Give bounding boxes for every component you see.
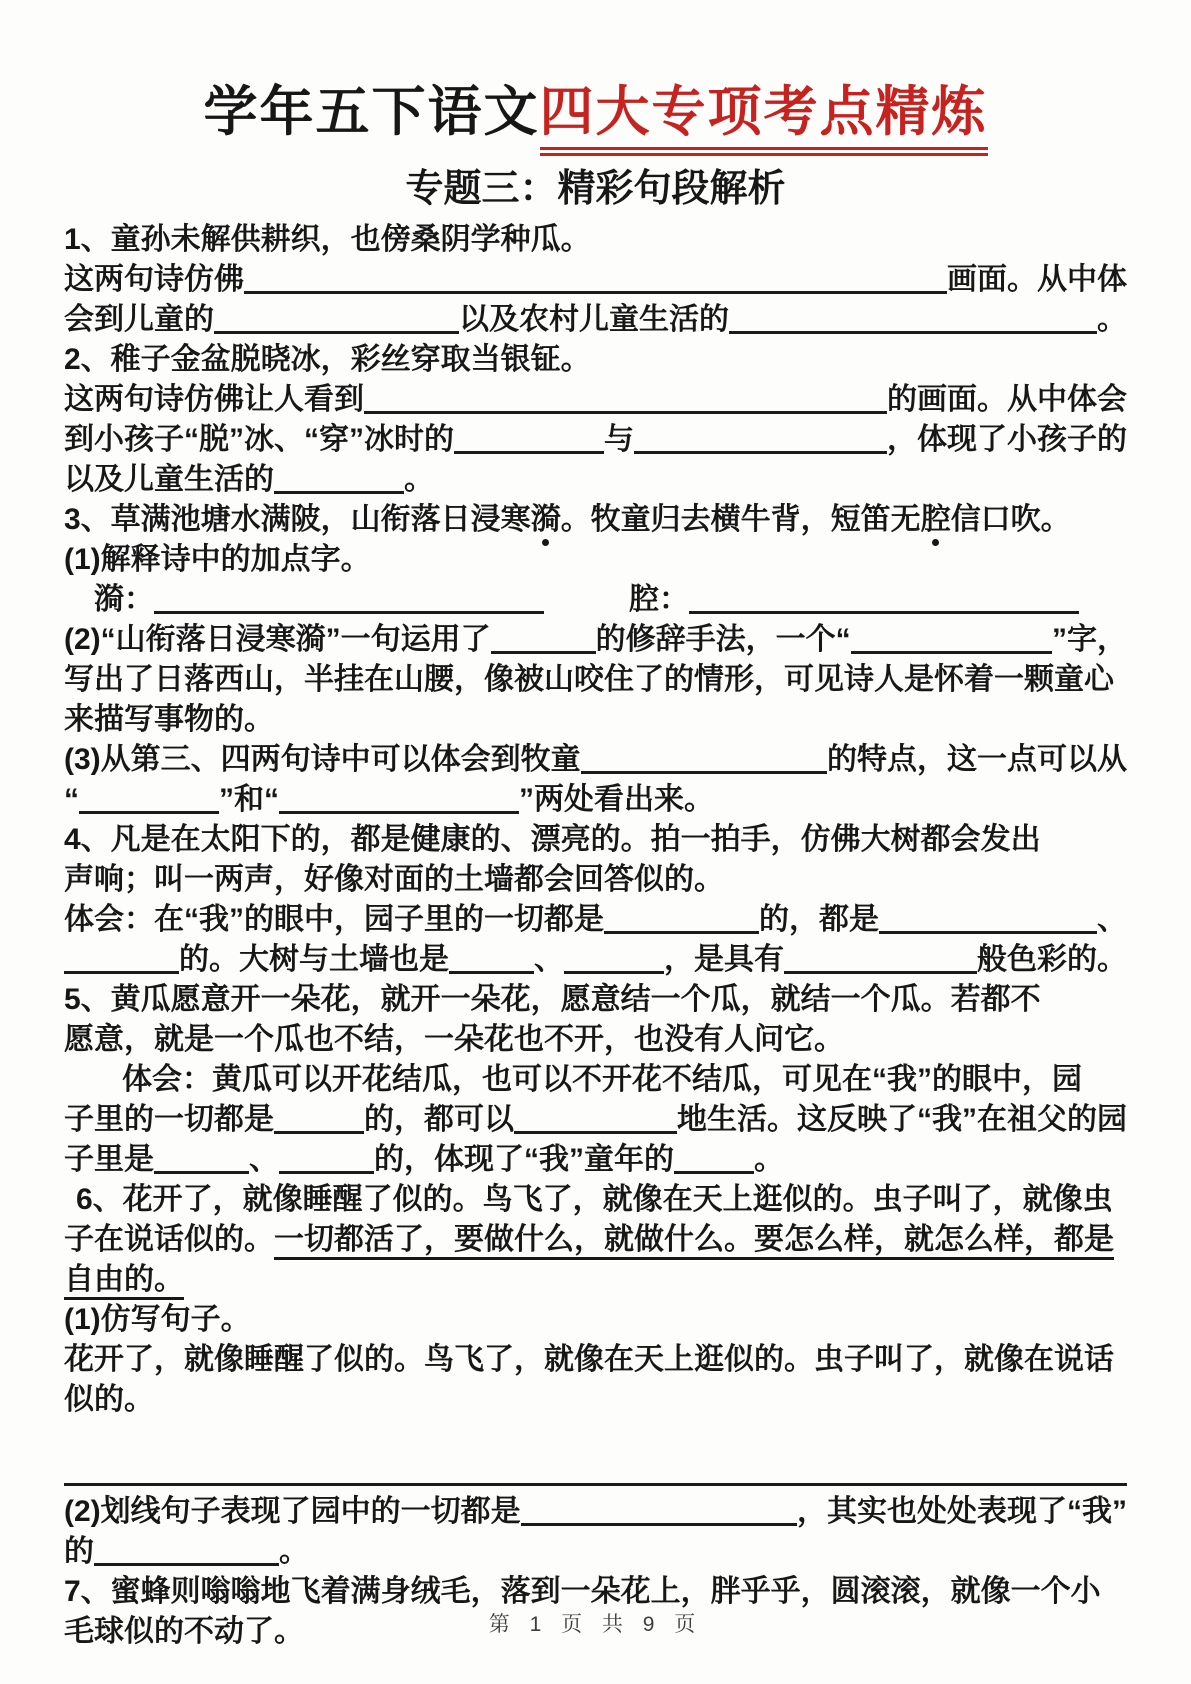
document-body: 1、童孙未解供耕织，也傍桑阴学种瓜。这两句诗仿佛画面。从中体会到儿童的以及农村儿… xyxy=(64,220,1127,1652)
text-run: 地生活。这反映了“我”在祖父的园 xyxy=(677,1100,1127,1140)
text-line: 子在说话似的。一切都活了，要做什么，就做什么。要怎么样，就怎么样，都是 xyxy=(64,1220,1127,1260)
text-run: 漪： xyxy=(94,580,154,620)
text-run: 会到儿童的 xyxy=(64,300,214,340)
text-line: 7、蜜蜂则嗡嗡地飞着满身绒毛，落到一朵花上，胖乎乎，圆滚滚，就像一个小 xyxy=(64,1572,1127,1612)
fill-in-blank-line xyxy=(604,931,759,934)
fill-in-blank-line xyxy=(521,1523,797,1526)
text-line: 子里是、的，体现了“我”童年的。 xyxy=(64,1140,1127,1180)
text-run: 的，都是 xyxy=(759,900,879,940)
text-line: 体会：黄瓜可以开花结瓜，也可以不开花不结瓜，可见在“我”的眼中，园 xyxy=(64,1060,1127,1100)
fill-in-blank-line xyxy=(564,971,664,974)
text-run: 6、花开了，就像睡醒了似的。鸟飞了，就像在天上逛似的。虫子叫了，就像虫 xyxy=(76,1180,1113,1220)
text-run: 这两句诗仿佛让人看到 xyxy=(64,380,364,420)
fill-in-blank-line xyxy=(784,971,977,974)
text-run: “ xyxy=(64,780,79,820)
text-run: 声响；叫一两声，好像对面的土墙都会回答似的。 xyxy=(64,860,724,900)
text-line: 体会：在“我”的眼中，园子里的一切都是的，都是、 xyxy=(64,900,1127,940)
text-line: 子里的一切都是的，都可以地生活。这反映了“我”在祖父的园 xyxy=(64,1100,1127,1140)
text-run: 的修辞手法，一个“ xyxy=(596,620,851,660)
text-run: 以及农村儿童生活的 xyxy=(459,300,729,340)
text-run: (1)仿写句子。 xyxy=(64,1300,251,1340)
text-run: 。 xyxy=(1097,300,1127,340)
text-run: 花开了，就像睡醒了似的。鸟飞了，就像在天上逛似的。虫子叫了，就像在说话 xyxy=(64,1340,1114,1380)
fill-in-blank-line xyxy=(674,1171,754,1174)
fill-in-blank-line xyxy=(581,771,827,774)
text-run: 子在说话似的。 xyxy=(64,1220,274,1260)
text-run: 。 xyxy=(279,1532,309,1572)
text-line: (3)从第三、四两句诗中可以体会到牧童的特点，这一点可以从 xyxy=(64,740,1127,780)
fill-in-blank-line xyxy=(244,291,947,294)
text-run: 似的。 xyxy=(64,1380,154,1420)
text-line: (1)解释诗中的加点字。 xyxy=(64,540,1127,580)
text-line: 这两句诗仿佛画面。从中体 xyxy=(64,260,1127,300)
text-line: 声响；叫一两声，好像对面的土墙都会回答似的。 xyxy=(64,860,1127,900)
underlined-text: 一切都活了，要做什么，就做什么。要怎么样，就怎么样，都是 xyxy=(274,1220,1114,1260)
text-line: 愿意，就是一个瓜也不结，一朵花也不开，也没有人问它。 xyxy=(64,1020,1127,1060)
text-run: 。 xyxy=(404,460,434,500)
fill-in-blank-line xyxy=(449,971,534,974)
fill-in-blank-line xyxy=(274,491,404,494)
text-run: 的画面。从中体会 xyxy=(887,380,1127,420)
text-run: 这两句诗仿佛 xyxy=(64,260,244,300)
text-run: (3)从第三、四两句诗中可以体会到牧童 xyxy=(64,740,581,780)
fill-in-blank-line xyxy=(154,611,544,614)
fill-in-blank-line xyxy=(274,1131,364,1134)
text-run: 、 xyxy=(249,1140,279,1180)
text-run: ，其实也处处表现了“我” xyxy=(797,1492,1127,1532)
fill-in-blank-line xyxy=(514,1131,677,1134)
section-subtitle: 专题三：精彩句段解析 xyxy=(64,166,1127,212)
text-run: 腔： xyxy=(629,580,689,620)
text-run: 子里是 xyxy=(64,1140,154,1180)
fill-in-blank-line xyxy=(364,411,887,414)
text-line: 的。大树与土墙也是、，是具有般色彩的。 xyxy=(64,940,1127,980)
text-line: 来描写事物的。 xyxy=(64,700,1127,740)
fill-in-blank-line xyxy=(279,1171,374,1174)
fill-in-blank-line xyxy=(64,971,179,974)
text-run: ”字， xyxy=(1052,620,1127,660)
text-line xyxy=(64,1466,1127,1492)
fill-in-blank-line xyxy=(79,811,219,814)
text-run: 3、草满池塘水满陂，山衔落日浸寒 xyxy=(64,500,531,540)
fill-in-blank-line xyxy=(729,331,1097,334)
page-title-black: 学年五下语文 xyxy=(204,82,540,142)
page-content: 学年五下语文四大专项考点精炼 专题三：精彩句段解析 1、童孙未解供耕织，也傍桑阴… xyxy=(0,80,1191,1652)
fill-in-blank-line xyxy=(279,811,519,814)
text-run: ”两处看出来。 xyxy=(519,780,714,820)
text-run: 、 xyxy=(1097,900,1127,940)
page-title-red: 四大专项考点精炼 xyxy=(540,80,988,156)
text-run: 以及儿童生活的 xyxy=(64,460,274,500)
text-run: 体会：在“我”的眼中，园子里的一切都是 xyxy=(64,900,604,940)
underlined-text: 自由的。 xyxy=(64,1260,184,1300)
text-run: 、 xyxy=(534,940,564,980)
text-run: 1、童孙未解供耕织，也傍桑阴学种瓜。 xyxy=(64,220,591,260)
text-run: 的，体现了“我”童年的 xyxy=(374,1140,674,1180)
text-line: 以及儿童生活的。 xyxy=(64,460,1127,500)
text-run: 到小孩子“脱”冰、“穿”冰时的 xyxy=(64,420,454,460)
fill-in-blank-line xyxy=(634,451,887,454)
text-line: 5、黄瓜愿意开一朵花，就开一朵花，愿意结一个瓜，就结一个瓜。若都不 xyxy=(64,980,1127,1020)
text-line: 写出了日落西山，半挂在山腰，像被山咬住了的情形，可见诗人是怀着一颗童心 xyxy=(64,660,1127,700)
text-run: 画面。从中体 xyxy=(947,260,1127,300)
text-run: 子里的一切都是 xyxy=(64,1100,274,1140)
text-run: ，体现了小孩子的 xyxy=(887,420,1127,460)
page-title: 学年五下语文四大专项考点精炼 xyxy=(64,80,1127,156)
text-run: 的特点，这一点可以从 xyxy=(827,740,1127,780)
text-line: 自由的。 xyxy=(64,1260,1127,1300)
fill-in-blank-line xyxy=(879,931,1097,934)
text-line: 到小孩子“脱”冰、“穿”冰时的与，体现了小孩子的 xyxy=(64,420,1127,460)
worksheet-page: 学年五下语文四大专项考点精炼 专题三：精彩句段解析 1、童孙未解供耕织，也傍桑阴… xyxy=(0,0,1191,1684)
blank-vertical-space xyxy=(64,1420,1127,1466)
text-line: 花开了，就像睡醒了似的。鸟飞了，就像在天上逛似的。虫子叫了，就像在说话 xyxy=(64,1340,1127,1380)
text-line: 6、花开了，就像睡醒了似的。鸟飞了，就像在天上逛似的。虫子叫了，就像虫 xyxy=(64,1180,1127,1220)
fill-in-blank-line xyxy=(454,451,604,454)
text-line: 4、凡是在太阳下的，都是健康的、漂亮的。拍一拍手，仿佛大树都会发出 xyxy=(64,820,1127,860)
text-run: 与 xyxy=(604,420,634,460)
text-run: 般色彩的。 xyxy=(977,940,1127,980)
text-run: 来描写事物的。 xyxy=(64,700,274,740)
fill-in-blank-line xyxy=(851,651,1052,654)
text-run: 。 xyxy=(754,1140,784,1180)
fill-in-blank-line xyxy=(689,611,1079,614)
text-run: 4、凡是在太阳下的，都是健康的、漂亮的。拍一拍手，仿佛大树都会发出 xyxy=(64,820,1041,860)
emphasis-dot-char: 漪 xyxy=(531,500,561,540)
text-run: 的 xyxy=(64,1532,94,1572)
text-run: (2)“山衔落日浸寒漪”一句运用了 xyxy=(64,620,491,660)
text-line: 漪：腔： xyxy=(64,580,1127,620)
text-run: (1)解释诗中的加点字。 xyxy=(64,540,371,580)
text-line: 的。 xyxy=(64,1532,1127,1572)
text-run: 体会：黄瓜可以开花结瓜，也可以不开花不结瓜，可见在“我”的眼中，园 xyxy=(122,1060,1082,1100)
text-line: 这两句诗仿佛让人看到的画面。从中体会 xyxy=(64,380,1127,420)
text-line: 似的。 xyxy=(64,1380,1127,1420)
emphasis-dot-char: 腔 xyxy=(921,500,951,540)
text-line: “”和“”两处看出来。 xyxy=(64,780,1127,820)
fill-in-blank-line xyxy=(94,1563,279,1566)
text-run: 的，都可以 xyxy=(364,1100,514,1140)
text-run: 信口吹。 xyxy=(951,500,1071,540)
fill-in-blank-line xyxy=(491,651,596,654)
text-run: ”和“ xyxy=(219,780,279,820)
text-line: 会到儿童的以及农村儿童生活的。 xyxy=(64,300,1127,340)
text-run: 的。大树与土墙也是 xyxy=(179,940,449,980)
fill-in-blank-line xyxy=(64,1483,1127,1486)
text-line: 3、草满池塘水满陂，山衔落日浸寒漪。牧童归去横牛背，短笛无腔信口吹。 xyxy=(64,500,1127,540)
text-line: (1)仿写句子。 xyxy=(64,1300,1127,1340)
text-run: 2、稚子金盆脱晓冰，彩丝穿取当银钲。 xyxy=(64,340,591,380)
page-number-footer: 第 1 页 共 9 页 xyxy=(0,1608,1191,1638)
text-line: (2)划线句子表现了园中的一切都是，其实也处处表现了“我” xyxy=(64,1492,1127,1532)
text-run: (2)划线句子表现了园中的一切都是 xyxy=(64,1492,521,1532)
text-run: 5、黄瓜愿意开一朵花，就开一朵花，愿意结一个瓜，就结一个瓜。若都不 xyxy=(64,980,1041,1020)
text-run: 愿意，就是一个瓜也不结，一朵花也不开，也没有人问它。 xyxy=(64,1020,844,1060)
text-run: ，是具有 xyxy=(664,940,784,980)
text-run: 。牧童归去横牛背，短笛无 xyxy=(561,500,921,540)
text-run: 写出了日落西山，半挂在山腰，像被山咬住了的情形，可见诗人是怀着一颗童心 xyxy=(64,660,1114,700)
text-run: 7、蜜蜂则嗡嗡地飞着满身绒毛，落到一朵花上，胖乎乎，圆滚滚，就像一个小 xyxy=(64,1572,1101,1612)
fill-in-blank-line xyxy=(214,331,459,334)
text-line: (2)“山衔落日浸寒漪”一句运用了的修辞手法，一个“”字， xyxy=(64,620,1127,660)
text-line: 1、童孙未解供耕织，也傍桑阴学种瓜。 xyxy=(64,220,1127,260)
text-line: 2、稚子金盆脱晓冰，彩丝穿取当银钲。 xyxy=(64,340,1127,380)
fill-in-blank-line xyxy=(154,1171,249,1174)
